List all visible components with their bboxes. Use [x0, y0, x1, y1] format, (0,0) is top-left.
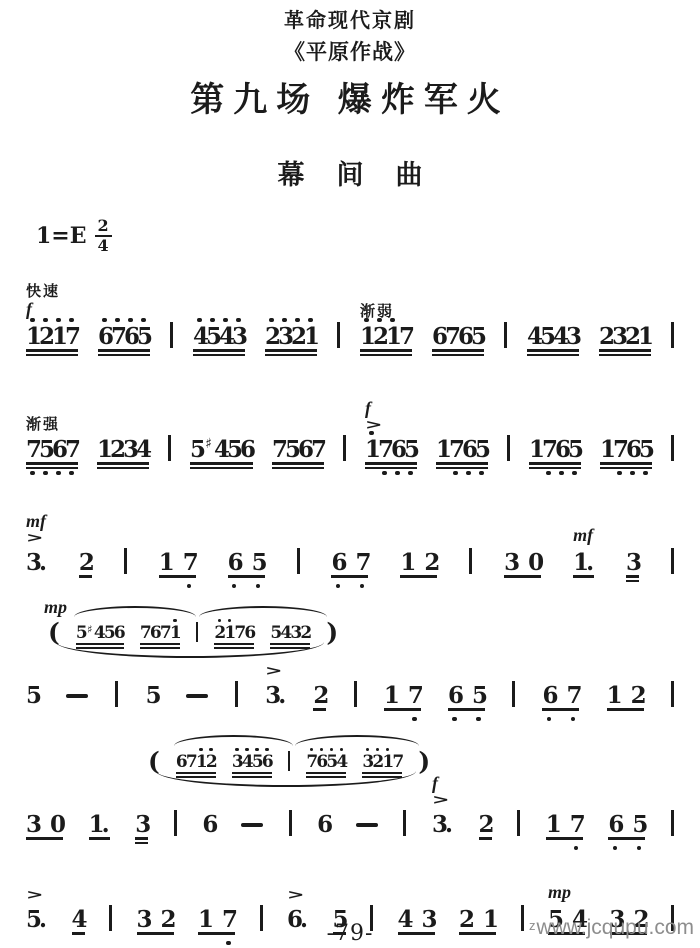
note-char: 5 [26, 673, 39, 722]
note-char: 6 [432, 314, 445, 363]
note-digit: 4 [214, 436, 227, 462]
under-slur [156, 771, 416, 787]
barline [671, 548, 674, 574]
system-row: 快速f1217676545432321渐弱1217676545432321 [26, 314, 674, 363]
note-char: 5 [472, 673, 485, 722]
octave-dot [336, 584, 341, 589]
octave-dot [559, 471, 564, 476]
note-digit: 7 [272, 436, 285, 462]
note-digit: 4 [136, 436, 149, 462]
octave-dot [187, 584, 192, 589]
note-digit: 6 [458, 323, 471, 349]
note-digit: 1 [304, 323, 317, 349]
note-char: 2 [599, 314, 612, 363]
note-group: 1234 [97, 427, 149, 476]
note-digit: 1 [600, 436, 613, 462]
note-group: 2321 [265, 314, 317, 363]
note-digit: 3 [278, 323, 291, 349]
note-char: 6 [555, 427, 568, 476]
note-digit: 4 [280, 623, 290, 643]
note-group: 渐弱1217 [360, 314, 412, 363]
octave-dot [479, 471, 484, 476]
note-char: 1 [89, 802, 102, 851]
note-group: 2 [479, 802, 492, 851]
octave-dot [235, 748, 239, 752]
note-digit: 1 [573, 549, 586, 575]
note-digit: 7 [570, 811, 583, 837]
note-char: 3 [123, 427, 136, 476]
barline [343, 435, 346, 461]
octave-dot-above-slot [141, 314, 146, 323]
octave-dot-below-slot [452, 708, 457, 722]
note-digit: 5 [252, 549, 265, 575]
note-char: 5 [475, 427, 488, 476]
note-digit: 7 [408, 682, 421, 708]
note-group: f>1765 [365, 427, 417, 476]
note-digit: 5 [632, 811, 645, 837]
octave-dot [141, 318, 146, 323]
octave-dot [265, 748, 269, 752]
octave-dot [210, 318, 215, 323]
note-digit: 2 [424, 549, 437, 575]
note-digit: 7 [378, 436, 391, 462]
note-group: 1765 [600, 427, 652, 476]
octave-dot-above-slot [310, 744, 314, 752]
note-group: 1. [89, 802, 110, 851]
note-digit: 2 [39, 323, 52, 349]
note-digit: . [39, 549, 47, 575]
note-digit: 3 [612, 323, 625, 349]
barline [288, 751, 291, 771]
barline [512, 681, 515, 707]
octave-dot [236, 318, 241, 323]
note-digit: 6 [228, 549, 241, 575]
note-digit: 6 [114, 623, 124, 643]
time-signature-denominator: 4 [98, 237, 109, 254]
note-char: 6 [202, 802, 215, 851]
note-char: 1 [159, 540, 172, 589]
note-char: 2 [479, 802, 492, 851]
octave-dot [102, 318, 107, 323]
note-digit: 3 [290, 623, 300, 643]
octave-dot-above-slot [223, 314, 228, 323]
note-char: 1 [529, 427, 542, 476]
octave-dot [386, 748, 390, 752]
octave-dot [128, 318, 133, 323]
octave-dot-below-slot [256, 575, 261, 589]
note-digit: 7 [26, 436, 39, 462]
system-1: 快速f1217676545432321渐弱1217676545432321 [26, 274, 674, 363]
note-digit: 4 [242, 752, 252, 772]
octave-dot [630, 471, 635, 476]
note-digit: 5 [39, 436, 52, 462]
barline [196, 622, 199, 642]
octave-dot-above-slot [115, 314, 120, 323]
octave-dot [382, 471, 387, 476]
note-char: ♯ [203, 427, 214, 476]
note-digit: 1 [360, 323, 373, 349]
note-digit: 6 [262, 752, 272, 772]
note-char: 6 [240, 427, 253, 476]
octave-dot-above-slot [340, 744, 344, 752]
barline [671, 810, 674, 836]
barline [469, 548, 472, 574]
octave-dot [366, 748, 370, 752]
note-group: mf>3. [26, 540, 47, 589]
octave-dot-above-slot [197, 314, 202, 323]
note-digit: 1 [97, 436, 110, 462]
note-char: 2 [110, 427, 123, 476]
barline [168, 435, 171, 461]
watermark: zwww.jcqupu.com [529, 916, 694, 940]
octave-dot-above-slot [330, 744, 334, 752]
note-char: . [586, 540, 594, 589]
note-digit: 5 [190, 436, 203, 462]
barline [174, 810, 177, 836]
note-char: 3 [566, 314, 579, 363]
note-group: 2 [79, 540, 92, 589]
barline [337, 322, 340, 348]
system-2: 渐强756712345♯4567567f>1765176517651765 [26, 387, 674, 476]
octave-dot [330, 748, 334, 752]
note-char: 3 [265, 673, 278, 722]
barline [115, 681, 118, 707]
note-digit: 1 [224, 623, 234, 643]
note-digit: 6 [317, 811, 330, 837]
note-char: 5 [137, 314, 150, 363]
note-digit: 1 [529, 436, 542, 462]
note-digit: 1 [196, 752, 206, 772]
note-group: 5 [26, 673, 39, 722]
note-char: 1 [52, 314, 65, 363]
note-digit: 7 [65, 436, 78, 462]
note-digit: 1 [400, 549, 413, 575]
octave-dot [232, 584, 237, 589]
note-digit: 7 [399, 323, 412, 349]
note-char: 6 [608, 802, 621, 851]
note-char: 6 [458, 314, 471, 363]
octave-dot-below-slot [547, 708, 552, 722]
octave-dot [69, 471, 74, 476]
note-group: 1765 [529, 427, 581, 476]
note-digit: 4 [193, 323, 206, 349]
octave-dot [295, 318, 300, 323]
octave-dot-below-slot [412, 708, 417, 722]
note-char: 6 [331, 540, 344, 589]
note-digit: 7 [186, 752, 196, 772]
note-char: 7 [408, 673, 421, 722]
octave-dot [115, 318, 120, 323]
note-digit: 2 [214, 623, 224, 643]
dynamic-mark: mf [573, 526, 593, 546]
note-digit: 5 [326, 752, 336, 772]
mark-line: mf [573, 526, 593, 546]
note-char: 6 [124, 314, 137, 363]
note-char: 1 [436, 427, 449, 476]
note-group: 17 [546, 802, 583, 851]
note-group: 67 [331, 540, 368, 589]
series-title: 革命现代京剧 [0, 4, 700, 33]
title-block: 革命现代京剧 《平原作战》 第九场 爆炸军火 幕间曲 [0, 0, 700, 192]
note-group: 2 [313, 673, 326, 722]
barline [297, 548, 300, 574]
note-digit: 3 [432, 811, 445, 837]
note-digit: 7 [111, 323, 124, 349]
note-digit: 6 [202, 811, 215, 837]
note-digit: 2 [479, 811, 492, 837]
note-char: 4 [219, 314, 232, 363]
note-digit: 1 [607, 682, 620, 708]
note-char: 5 [206, 314, 219, 363]
dynamic-mark: > [26, 889, 37, 903]
note-char: 3 [278, 314, 291, 363]
note-char: 6 [228, 540, 241, 589]
octave-dot [476, 717, 481, 722]
dynamic-mark: > [287, 889, 298, 903]
octave-dot-below-slot [69, 462, 74, 476]
octave-dot-above-slot [236, 314, 241, 323]
note-group: 30 [504, 540, 541, 589]
note-digit: 2 [300, 623, 310, 643]
note-group: 17 [384, 673, 421, 722]
barline [170, 322, 173, 348]
note-digit: 5 [76, 623, 86, 643]
note-digit: 1 [170, 623, 180, 643]
note-group: f>3. [432, 802, 453, 851]
note-digit: 6 [240, 436, 253, 462]
note-char: 7 [449, 427, 462, 476]
note-char: 4 [136, 427, 149, 476]
octave-dot-above-slot [255, 744, 259, 752]
note-char: 5 [404, 427, 417, 476]
note-char: 5 [252, 540, 265, 589]
octave-dot [395, 471, 400, 476]
note-digit: 7 [183, 549, 196, 575]
note-digit: 2 [79, 549, 92, 575]
mark-line: > [265, 665, 282, 679]
opera-title: 《平原作战》 [0, 36, 700, 66]
note-digit: 5 [475, 436, 488, 462]
note-digit: 6 [448, 682, 461, 708]
octave-dot [574, 846, 579, 851]
dynamic-mark: 渐强 [26, 417, 60, 434]
note-digit: 4 [553, 323, 566, 349]
note-char: 1 [384, 673, 397, 722]
note-digit: 5 [146, 682, 159, 708]
barline [289, 810, 292, 836]
note-digit: 6 [608, 811, 621, 837]
note-digit: 6 [52, 436, 65, 462]
note-char: 5 [285, 427, 298, 476]
octave-dot-below-slot [574, 837, 579, 851]
octave-dot-below-slot [613, 837, 618, 851]
note-char: 6 [298, 427, 311, 476]
note-digit: 7 [542, 436, 555, 462]
note-char: 6 [448, 673, 461, 722]
note-digit: 0 [50, 811, 63, 837]
note-digit: 7 [445, 323, 458, 349]
note-char: 6 [317, 802, 330, 851]
octave-dot [255, 748, 259, 752]
octave-dot [173, 619, 177, 623]
note-char: 6 [391, 427, 404, 476]
note-digit: 5 [568, 436, 581, 462]
note-char: 7 [399, 314, 412, 363]
note-group: 6 [317, 802, 330, 851]
mark-line: mf [26, 512, 46, 532]
note-char: 4 [527, 314, 540, 363]
octave-dot-below-slot [466, 462, 471, 476]
octave-dot-above-slot [199, 744, 203, 752]
dynamic-mark: f> [365, 399, 376, 433]
octave-dot [228, 619, 232, 623]
note-group: 5♯456 [190, 427, 253, 476]
mark-line: > [26, 889, 43, 903]
note-char: 7 [111, 314, 124, 363]
note-char: 1 [400, 540, 413, 589]
note-digit: 1 [26, 323, 39, 349]
note-char: 3 [612, 314, 625, 363]
note-digit: 2 [291, 323, 304, 349]
note-char: 5 [568, 427, 581, 476]
note-digit: 1 [89, 811, 102, 837]
note-digit: 2 [110, 436, 123, 462]
note-char: 3 [232, 314, 245, 363]
note-char: 5 [146, 673, 159, 722]
note-digit: 5 [227, 436, 240, 462]
note-digit: 2 [631, 682, 644, 708]
octave-dot [223, 318, 228, 323]
note-char: 2 [291, 314, 304, 363]
note-digit: 1 [382, 752, 392, 772]
note-group: 30 [26, 802, 63, 851]
octave-dot-above-slot [265, 744, 269, 752]
note-digit: 6 [462, 436, 475, 462]
note-digit: 6 [626, 436, 639, 462]
note-group: 渐强7567 [26, 427, 78, 476]
octave-dot [617, 471, 622, 476]
note-group: 2321 [599, 314, 651, 363]
note-char: 5 [632, 802, 645, 851]
mark-line: 渐强 [26, 417, 60, 434]
note-char: 1 [365, 427, 378, 476]
note-char: 1 [607, 673, 620, 722]
note-char: 7 [566, 673, 579, 722]
octave-dot-above-slot [235, 744, 239, 752]
dynamic-mark: 快速f [26, 284, 60, 320]
note-char: 7 [65, 314, 78, 363]
mark-line: 渐弱 [360, 304, 394, 321]
watermark-glyph: z [529, 918, 536, 933]
note-digit: 6 [98, 323, 111, 349]
note-digit: 7 [613, 436, 626, 462]
system-row: mf>3.21765671230mf1.3 [26, 540, 674, 589]
barline [235, 681, 238, 707]
note-char: 6 [626, 427, 639, 476]
octave-dot [453, 471, 458, 476]
octave-dot-below-slot [571, 708, 576, 722]
octave-dot [310, 748, 314, 752]
note-char: . [39, 540, 47, 589]
octave-dot-above-slot [269, 314, 274, 323]
octave-dot-above-slot [210, 314, 215, 323]
octave-dot [245, 748, 249, 752]
octave-dot [408, 471, 413, 476]
note-group: 65 [228, 540, 265, 589]
mark-line: 快速 [26, 284, 60, 301]
dynamic-mark: f> [432, 774, 443, 808]
note-digit: 2 [372, 752, 382, 772]
page-footer: -79- zwww.jcqupu.com [0, 912, 700, 948]
note-char: 7 [183, 540, 196, 589]
note-digit: 6 [298, 436, 311, 462]
mark-line: f [432, 774, 438, 794]
note-digit: 7 [140, 623, 150, 643]
note-group: 4543 [193, 314, 245, 363]
note-digit: 1 [436, 436, 449, 462]
note-digit: 5 [26, 682, 39, 708]
octave-dot-above-slot [366, 744, 370, 752]
note-char: 4 [214, 427, 227, 476]
note-char: 0 [528, 540, 541, 589]
dynamic-mark: > [265, 665, 276, 679]
note-digit: 7 [392, 752, 402, 772]
octave-dot-above-slot [282, 314, 287, 323]
octave-dot-below-slot [630, 462, 635, 476]
octave-dot-below-slot [479, 462, 484, 476]
note-group: mf1. [573, 540, 594, 589]
note-char: 7 [378, 427, 391, 476]
note-group: 6765 [98, 314, 150, 363]
sheet-music-page: 革命现代京剧 《平原作战》 第九场 爆炸军火 幕间曲 1=E 2 4 快速f12… [0, 0, 700, 948]
cue-phrase: (6712345676543217) [148, 744, 430, 782]
note-digit: 6 [124, 323, 137, 349]
system-row: 301.366f>3.21765 [26, 802, 674, 851]
note-group: 12 [607, 673, 644, 722]
note-digit: 6 [542, 682, 555, 708]
watermark-url: www.jcqupu.com [536, 916, 694, 939]
octave-dot-below-slot [336, 575, 341, 589]
octave-dot-below-slot [56, 462, 61, 476]
note-digit: 5 [104, 623, 114, 643]
octave-dot [547, 717, 552, 722]
barline [504, 322, 507, 348]
note-char: 2 [79, 540, 92, 589]
note-digit: 2 [313, 682, 326, 708]
note-digit: 5 [137, 323, 150, 349]
octave-dot-above-slot [218, 615, 222, 623]
note-group: 12 [400, 540, 437, 589]
barline [507, 435, 510, 461]
note-char: 1 [546, 802, 559, 851]
note-digit: 3 [135, 811, 148, 837]
octave-dot-below-slot [637, 837, 642, 851]
note-char: 1 [304, 314, 317, 363]
note-char: 7 [65, 427, 78, 476]
note-digit: 2 [206, 752, 216, 772]
octave-dot [466, 471, 471, 476]
time-signature: 2 4 [95, 218, 112, 254]
system-3: mf>3.21765671230mf1.3 [26, 500, 674, 589]
barline [517, 810, 520, 836]
note-digit: 1 [365, 436, 378, 462]
note-char: 3 [504, 540, 517, 589]
note-digit: 5 [472, 682, 485, 708]
note-char: 5 [227, 427, 240, 476]
octave-dot [30, 471, 35, 476]
note-digit: 6 [555, 436, 568, 462]
octave-dot-below-slot [559, 462, 564, 476]
